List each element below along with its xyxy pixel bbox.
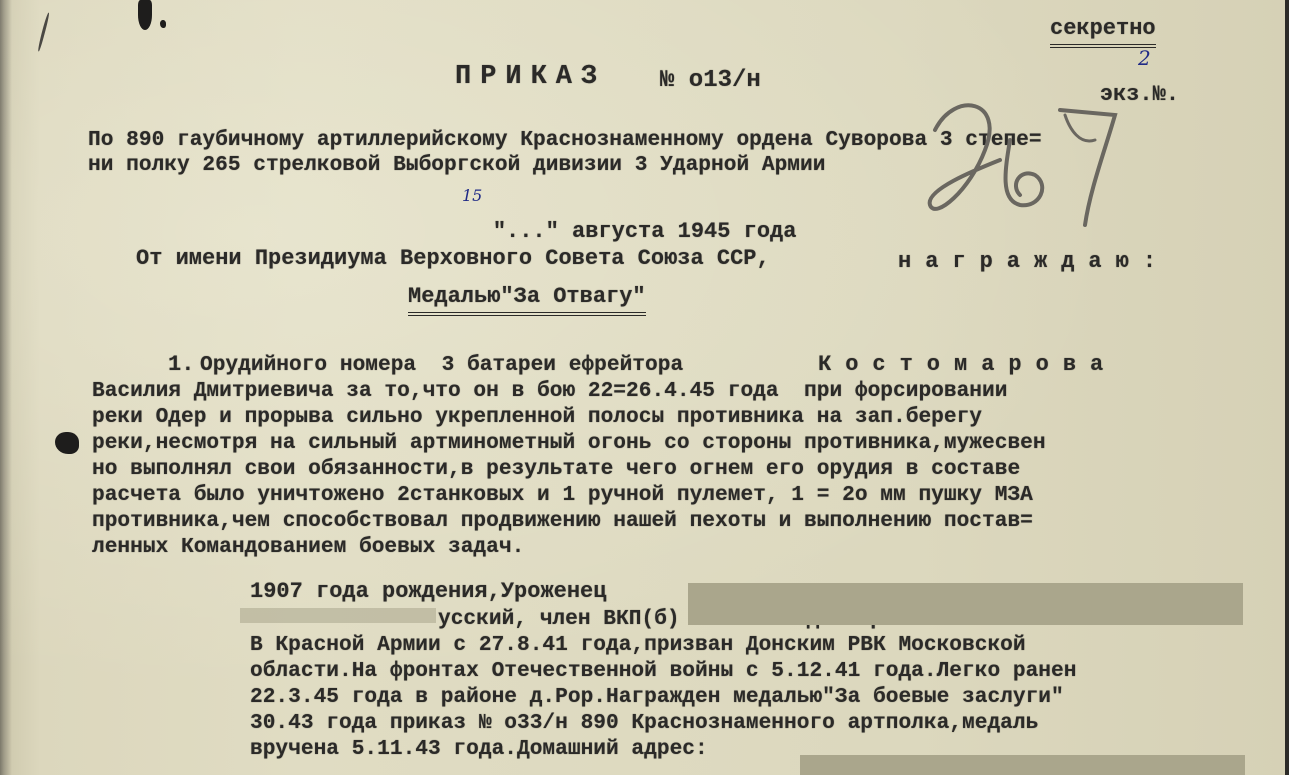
citation-line: Василия Дмитриевича за то,что он в бою 2… — [92, 378, 1007, 404]
date-suffix: " августа 1945 года — [546, 219, 797, 244]
date-open-quote: " — [493, 219, 506, 244]
recipient-surname: Костомарова — [818, 352, 1117, 378]
authority-line: От имени Президиума Верховного Совета Со… — [136, 246, 770, 272]
ink-blot — [138, 0, 152, 30]
redaction-bar-birthplace-left — [240, 608, 436, 623]
page-fold-shadow — [0, 0, 12, 775]
page-edge — [1285, 0, 1289, 775]
redaction-bar-birthplace — [688, 583, 1243, 625]
citation-line: реки Одер и прорыва сильно укрепленной п… — [92, 404, 982, 430]
date-dots: ... — [506, 219, 546, 244]
citation-line: реки,несмотря на сильный артминометный о… — [92, 430, 1046, 456]
copy-number-handwritten: 2 — [1138, 46, 1151, 70]
heading-line-1: По 890 гаубичному артиллерийскому Красно… — [88, 127, 1042, 153]
bio-line: вручена 5.11.43 года.Домашний адрес: — [250, 736, 708, 762]
document-page: секретно экз.№. 2 ПРИКАЗ № о13/н По 890 … — [0, 0, 1289, 775]
order-title: ПРИКАЗ — [455, 64, 606, 90]
handwritten-archive-number — [915, 90, 1155, 230]
order-number: № о13/н — [660, 68, 761, 94]
redaction-bar-address — [800, 755, 1245, 775]
citation-number: 1. — [168, 352, 194, 378]
ink-blot — [55, 432, 79, 454]
bio-line: области.На фронтах Отечественной войны с… — [250, 658, 1076, 684]
citation-line: расчета было уничтожено 2станковых и 1 р… — [92, 482, 1033, 508]
citation-line: ленных Командованием боевых задач. — [92, 534, 524, 560]
award-name: Медалью"За Отвагу" — [408, 284, 646, 316]
bio-line: 1907 года рождения,Уроженец — [250, 579, 606, 605]
ink-blot — [160, 20, 166, 28]
date-day-handwritten: 15 — [462, 186, 482, 205]
bio-line: 22.3.45 года в районе д.Рор.Награжден ме… — [250, 684, 1064, 710]
bio-line: 30.43 года приказ № о33/н 890 Краснознам… — [250, 710, 1038, 736]
classification-stamp: секретно — [1050, 16, 1156, 48]
scratch-mark — [37, 12, 50, 51]
citation-line: противника,чем способствовал продвижению… — [92, 508, 1033, 534]
citation-line: Орудийного номера 3 батареи ефрейтора — [200, 352, 683, 378]
heading-line-2: ни полку 265 стрелковой Выборгской дивиз… — [88, 152, 825, 178]
bio-line: В Красной Армии с 27.8.41 года,призван Д… — [250, 632, 1026, 658]
authority-verb: награждаю: — [898, 249, 1170, 275]
citation-line: но выполнял свои обязанности,в результат… — [92, 456, 1020, 482]
